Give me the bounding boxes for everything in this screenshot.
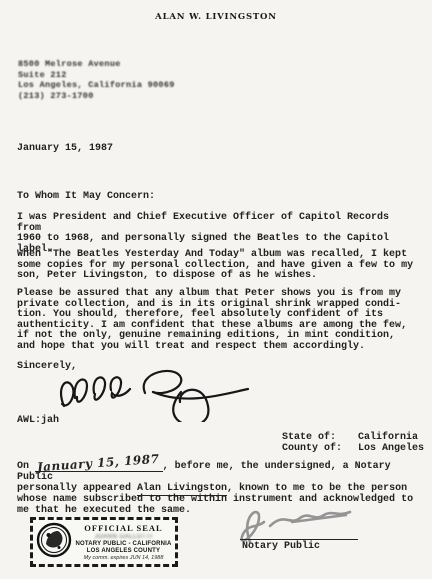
seal-line-expiry: My comm. expires JUN 14, 1988	[75, 555, 172, 561]
ack-text-before-date: On	[17, 461, 35, 472]
county-row: County of:Los Angeles	[282, 443, 424, 454]
venue-block: State of:California County of:Los Angele…	[282, 432, 424, 454]
seal-title: OFFICIAL SEAL	[75, 523, 172, 533]
typist-initials: AWL:jah	[17, 416, 59, 427]
paragraph-authenticity: Please be assured that any album that Pe…	[17, 289, 419, 352]
state-value: California	[358, 432, 418, 443]
county-label: County of:	[282, 443, 358, 454]
paragraph-album-recall: When "The Beatles Yesterday And Today" a…	[17, 250, 419, 282]
seal-line-notary-public: NOTARY PUBLIC - CALIFORNIA	[75, 541, 172, 547]
seal-notary-name-blurred: JOANN GALLOTTI	[75, 534, 172, 540]
state-row: State of:California	[282, 432, 424, 443]
letter-date: January 15, 1987	[17, 144, 113, 155]
county-value: Los Angeles	[358, 443, 424, 454]
seal-line-county: LOS ANGELES COUNTY	[75, 548, 172, 554]
notary-signature-line	[240, 539, 358, 540]
notary-seal-emblem-icon	[36, 522, 72, 563]
livingston-signature-icon	[48, 366, 260, 427]
seal-text-block: OFFICIAL SEAL JOANN GALLOTTI NOTARY PUBL…	[75, 523, 172, 561]
letterhead-name: ALAN W. LIVINGSTON	[0, 12, 432, 22]
state-label: State of:	[282, 432, 358, 443]
scanned-letter-page: ALAN W. LIVINGSTON 8500 Melrose Avenue S…	[0, 0, 432, 579]
letterhead-address: 8500 Melrose Avenue Suite 212 Los Angele…	[18, 59, 175, 101]
official-seal-stamp: OFFICIAL SEAL JOANN GALLOTTI NOTARY PUBL…	[30, 517, 178, 567]
handwritten-date: January 15, 1987	[37, 454, 160, 473]
salutation: To Whom It May Concern:	[17, 192, 155, 203]
notary-public-label: Notary Public	[242, 542, 320, 553]
handwritten-date-underline: January 15, 1987	[35, 459, 163, 472]
